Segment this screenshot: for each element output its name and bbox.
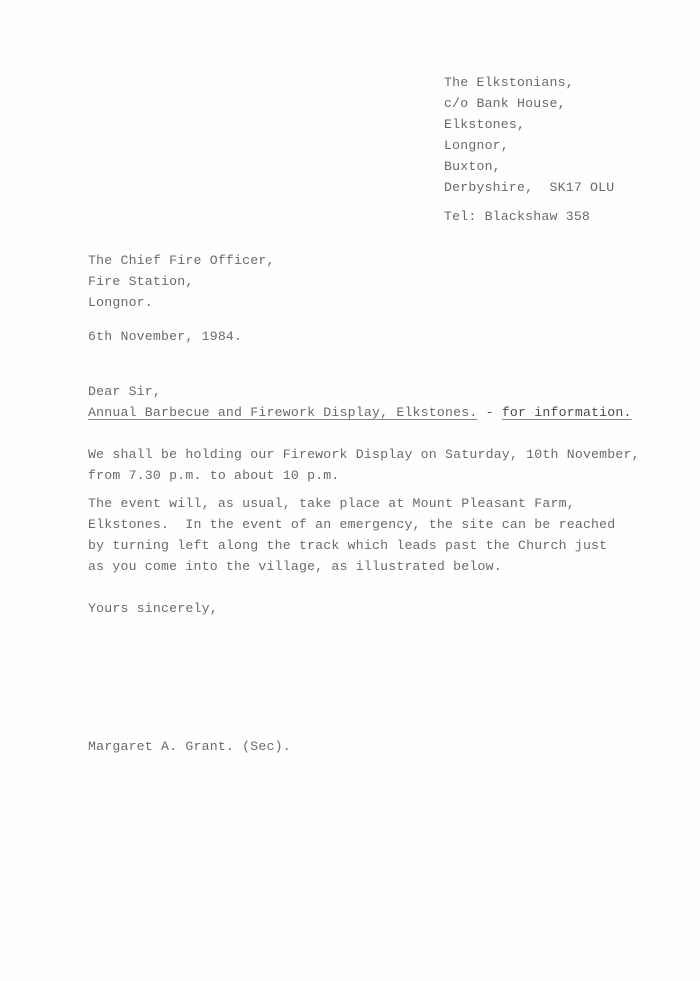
paragraph-1-line-2: from 7.30 p.m. to about 10 p.m.	[88, 468, 340, 484]
paragraph-2-line-1: The event will, as usual, take place at …	[88, 496, 575, 512]
paragraph-2-line-4: as you come into the village, as illustr…	[88, 559, 502, 575]
signature: Margaret A. Grant. (Sec).	[88, 739, 291, 755]
sender-line-city: Buxton,	[444, 159, 501, 175]
subject-separator: -	[477, 405, 501, 420]
closing: Yours sincerely,	[88, 601, 218, 617]
subject-line: Annual Barbecue and Firework Display, El…	[88, 405, 632, 421]
subject-main: Annual Barbecue and Firework Display, El…	[88, 405, 477, 420]
subject-tag: for information.	[502, 405, 632, 420]
salutation: Dear Sir,	[88, 384, 161, 400]
paragraph-2-line-3: by turning left along the track which le…	[88, 538, 607, 554]
letter-page: The Elkstonians, c/o Bank House, Elkston…	[0, 0, 700, 981]
recipient-line-town: Longnor.	[88, 295, 153, 311]
sender-line-town: Longnor,	[444, 138, 509, 154]
sender-line-village: Elkstones,	[444, 117, 525, 133]
recipient-line-title: The Chief Fire Officer,	[88, 253, 275, 269]
sender-line-care-of: c/o Bank House,	[444, 96, 566, 112]
sender-line-org: The Elkstonians,	[444, 75, 574, 91]
sender-telephone: Tel: Blackshaw 358	[444, 209, 590, 225]
paragraph-1-line-1: We shall be holding our Firework Display…	[88, 447, 640, 463]
sender-line-county-postcode: Derbyshire, SK17 OLU	[444, 180, 614, 196]
letter-date: 6th November, 1984.	[88, 329, 242, 345]
paragraph-2-line-2: Elkstones. In the event of an emergency,…	[88, 517, 615, 533]
recipient-line-station: Fire Station,	[88, 274, 193, 290]
